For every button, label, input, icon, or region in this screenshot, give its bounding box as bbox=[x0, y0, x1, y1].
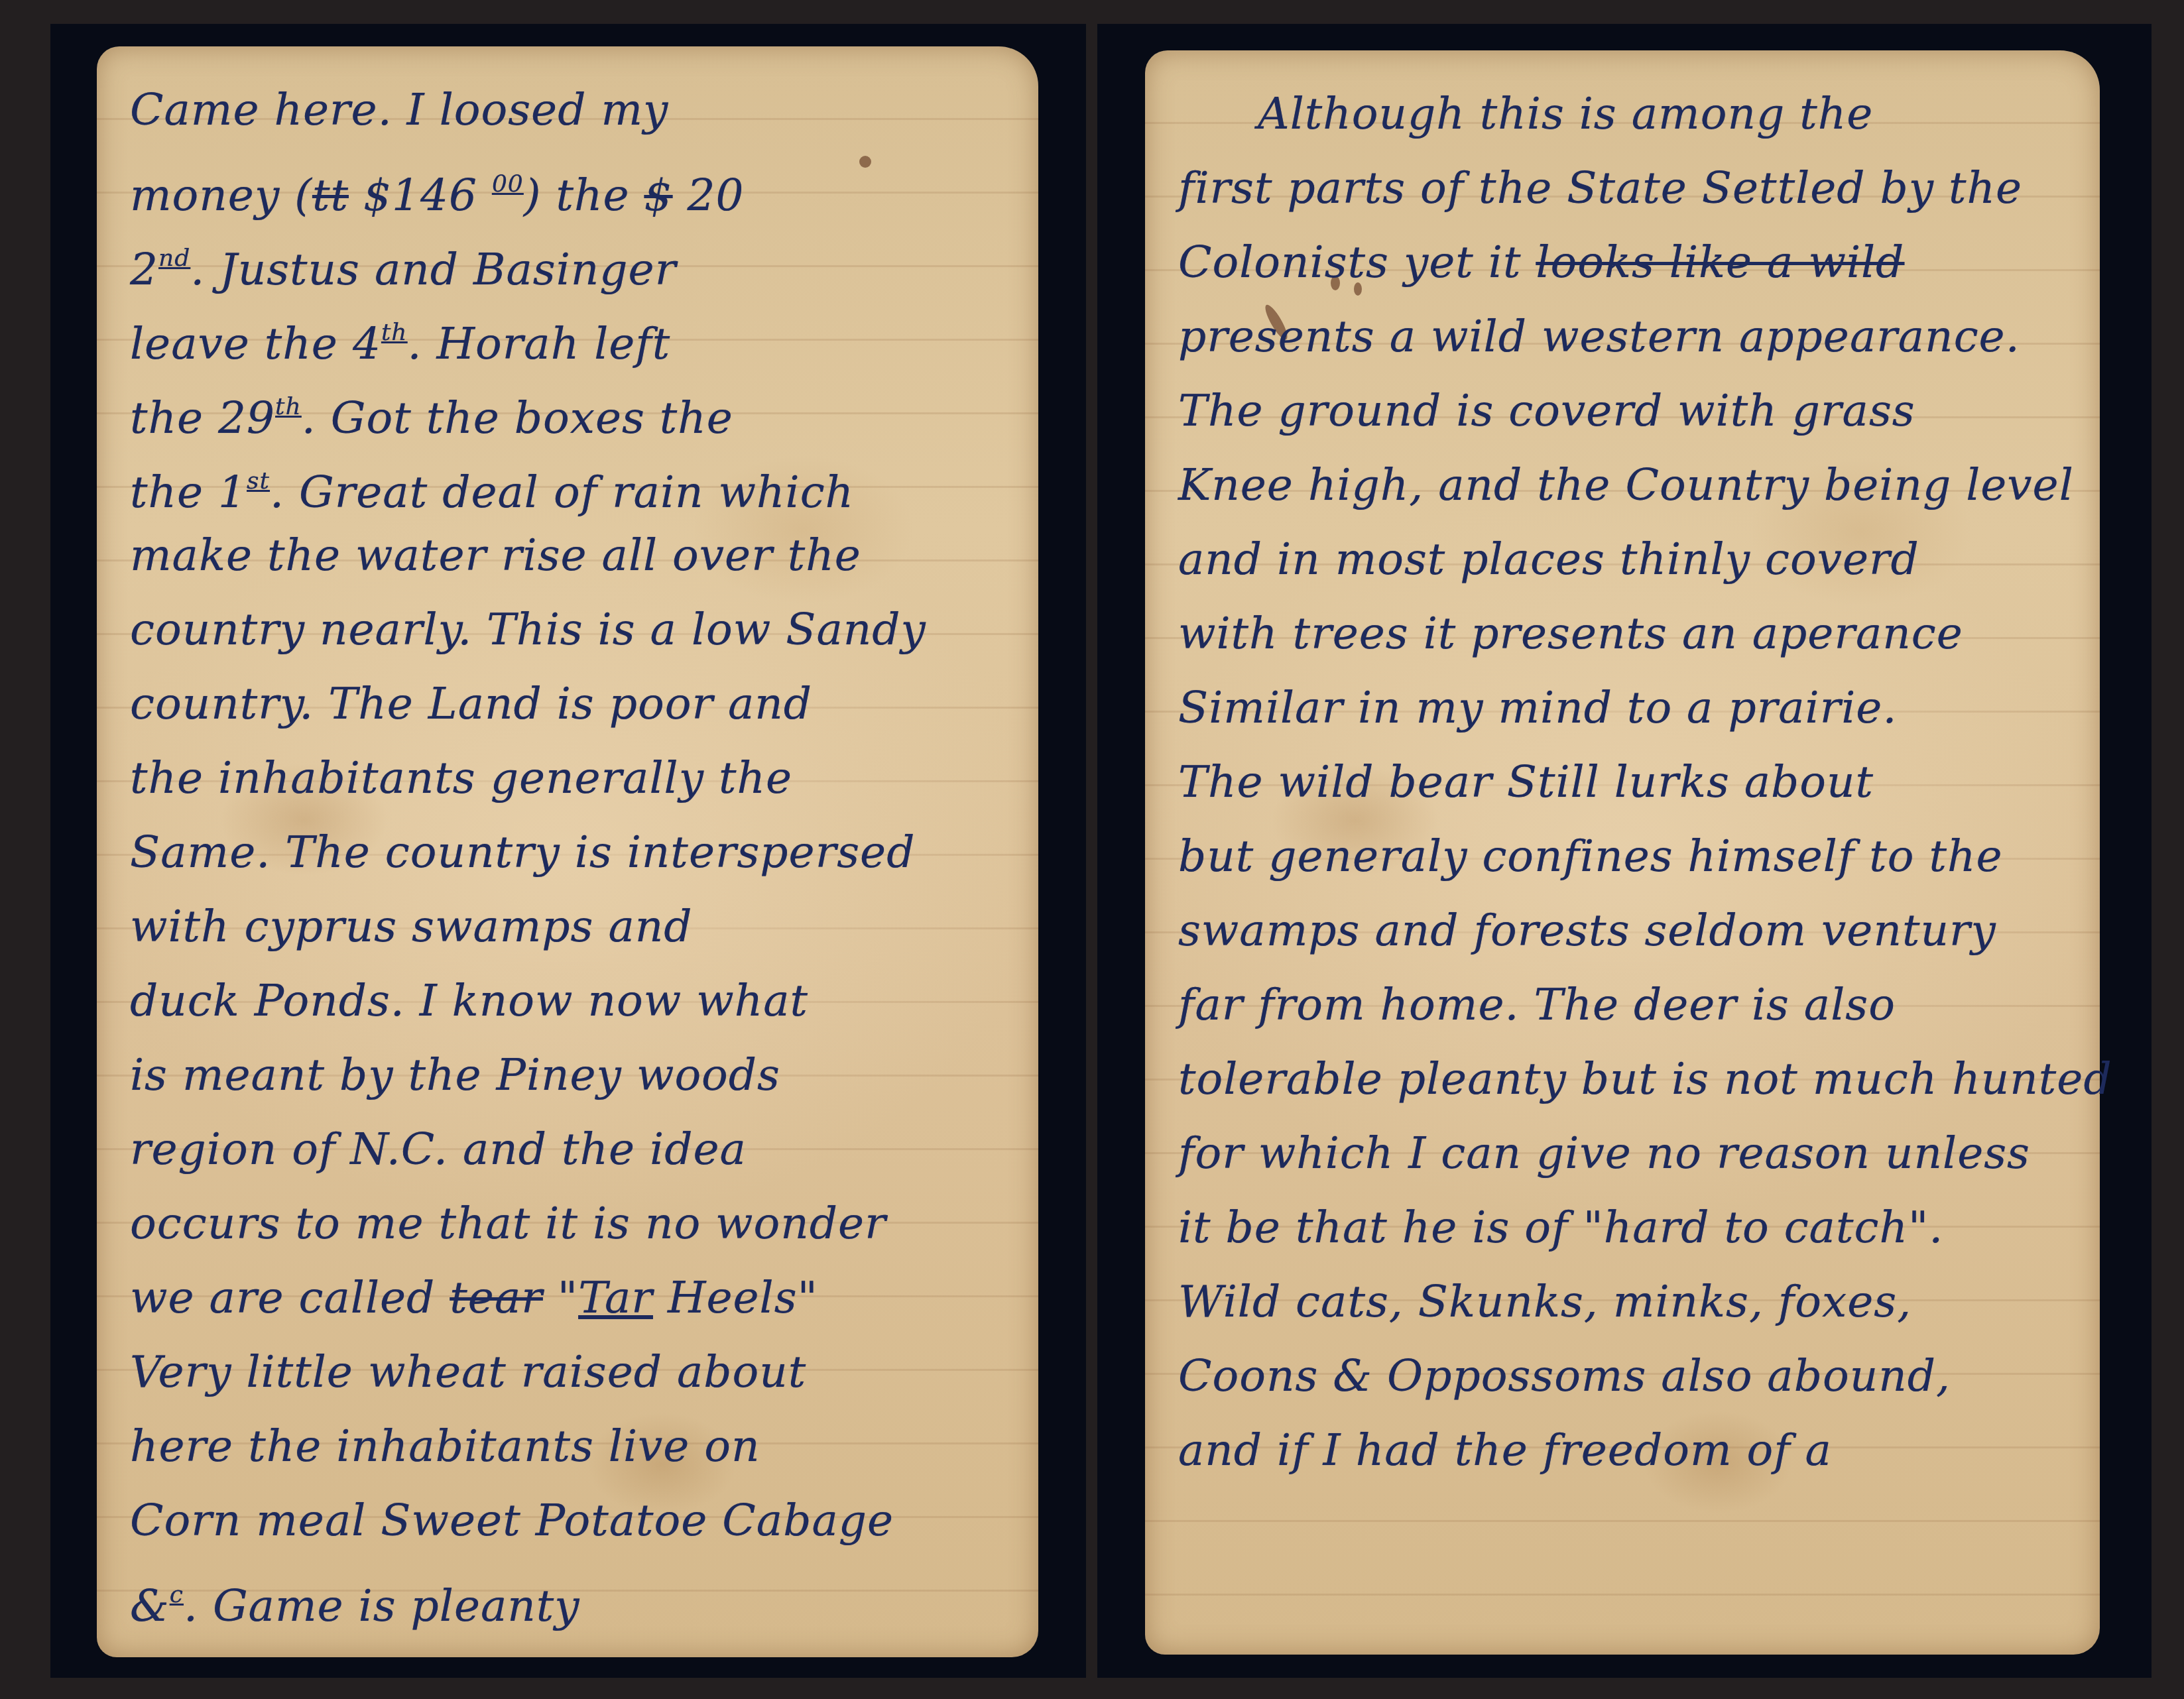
line-segment: 2 bbox=[130, 244, 158, 295]
text-line: region of N.C. and the idea bbox=[130, 1112, 1012, 1187]
text-line: make the water rise all over the bbox=[130, 518, 1012, 593]
line-segment: ) the bbox=[524, 170, 644, 221]
underlined-text: Tar bbox=[578, 1272, 653, 1323]
line-segment: Heels" bbox=[653, 1272, 818, 1323]
text-line: presents a wild western appearance. bbox=[1178, 300, 2073, 374]
text-line: occurs to me that it is no wonder bbox=[130, 1187, 1012, 1261]
text-line: country nearly. This is a low Sandy bbox=[130, 593, 1012, 667]
text-line: Corn meal Sweet Potatoe Cabage bbox=[130, 1484, 1012, 1558]
text-line: but generaly confines himself to the bbox=[1178, 819, 2073, 894]
line-segment: . Horah left bbox=[408, 318, 671, 369]
text-line: swamps and forests seldom ventury bbox=[1178, 894, 2073, 968]
right-page-text: Although this is among the first parts o… bbox=[1145, 50, 2100, 1655]
text-line: Very little wheat raised about bbox=[130, 1335, 1012, 1409]
text-line: the 29th. Got the boxes the bbox=[130, 370, 1012, 444]
line-segment: & bbox=[130, 1580, 170, 1631]
line-segment: . Great deal of rain which bbox=[270, 467, 854, 518]
text-line: money (tt $146 00) the $ 20 bbox=[130, 147, 1012, 221]
text-line: it be that he is of "hard to catch". bbox=[1178, 1191, 2073, 1265]
line-segment: the 29 bbox=[130, 392, 275, 443]
text-line: with trees it presents an aperance bbox=[1178, 597, 2073, 671]
superscript: st bbox=[247, 467, 270, 495]
text-line: is meant by the Piney woods bbox=[130, 1038, 1012, 1112]
text-line: duck Ponds. I know now what bbox=[130, 964, 1012, 1038]
text-line: tolerable pleanty but is not much hunted bbox=[1178, 1042, 2073, 1116]
text-line: Knee high, and the Country being level bbox=[1178, 448, 2073, 522]
text-line: Similar in my mind to a prairie. bbox=[1178, 671, 2073, 745]
text-line: leave the 4th. Horah left bbox=[130, 296, 1012, 370]
struck-text: looks like a wild bbox=[1536, 237, 1904, 288]
text-line: Wild cats, Skunks, minks, foxes, bbox=[1178, 1265, 2073, 1339]
struck-text: $ bbox=[644, 170, 673, 221]
text-line: Although this is among the bbox=[1178, 77, 2073, 151]
left-page-paper: Came here. I loosed my money (tt $146 00… bbox=[97, 46, 1038, 1657]
text-line: the inhabitants generally the bbox=[130, 741, 1012, 815]
line-segment: " bbox=[543, 1272, 578, 1323]
superscript: nd bbox=[158, 245, 190, 272]
text-line: far from home. The deer is also bbox=[1178, 968, 2073, 1042]
line-segment: we are called bbox=[130, 1272, 450, 1323]
line-segment: . Got the boxes the bbox=[302, 392, 733, 443]
text-line: with cyprus swamps and bbox=[130, 890, 1012, 964]
left-page-backing: Came here. I loosed my money (tt $146 00… bbox=[50, 24, 1086, 1678]
text-line: country. The Land is poor and bbox=[130, 667, 1012, 741]
text-line: Came here. I loosed my bbox=[130, 73, 1012, 147]
superscript: c bbox=[170, 1581, 184, 1608]
text-line: and in most places thinly coverd bbox=[1178, 522, 2073, 597]
text-line: The ground is coverd with grass bbox=[1178, 374, 2073, 448]
line-segment: money ( bbox=[130, 170, 312, 221]
text-line: here the inhabitants live on bbox=[130, 1409, 1012, 1484]
line-segment: 20 bbox=[673, 170, 745, 221]
struck-text: tt bbox=[312, 170, 349, 221]
line-segment: $146 bbox=[349, 170, 492, 221]
text-line: we are called tear "Tar Heels" bbox=[130, 1261, 1012, 1335]
line-segment: . Game is pleanty bbox=[184, 1580, 580, 1631]
text-line: &c. Game is pleanty bbox=[130, 1558, 1012, 1632]
line-segment: Colonists yet it bbox=[1178, 237, 1536, 288]
right-page-backing: Although this is among the first parts o… bbox=[1097, 24, 2152, 1678]
superscript: 00 bbox=[492, 170, 524, 198]
line-segment: leave the 4 bbox=[130, 318, 381, 369]
text-line: The wild bear Still lurks about bbox=[1178, 745, 2073, 819]
text-line: Same. The country is interspersed bbox=[130, 815, 1012, 890]
line-segment: the 1 bbox=[130, 467, 247, 518]
text-line: the 1st. Great deal of rain which bbox=[130, 444, 1012, 518]
text-line: Coons & Oppossoms also abound, bbox=[1178, 1339, 2073, 1413]
text-line: for which I can give no reason unless bbox=[1178, 1116, 2073, 1191]
superscript: th bbox=[381, 319, 408, 346]
text-line: 2nd. Justus and Basinger bbox=[130, 221, 1012, 296]
struck-text: tear bbox=[450, 1272, 542, 1323]
text-line: and if I had the freedom of a bbox=[1178, 1413, 2073, 1488]
line-segment: . Justus and Basinger bbox=[190, 244, 676, 295]
text-line: Colonists yet it looks like a wild bbox=[1178, 225, 2073, 300]
superscript: th bbox=[275, 393, 302, 420]
right-page-paper: Although this is among the first parts o… bbox=[1145, 50, 2100, 1655]
left-page-text: Came here. I loosed my money (tt $146 00… bbox=[97, 46, 1038, 1657]
text-line: first parts of the State Settled by the bbox=[1178, 151, 2073, 225]
